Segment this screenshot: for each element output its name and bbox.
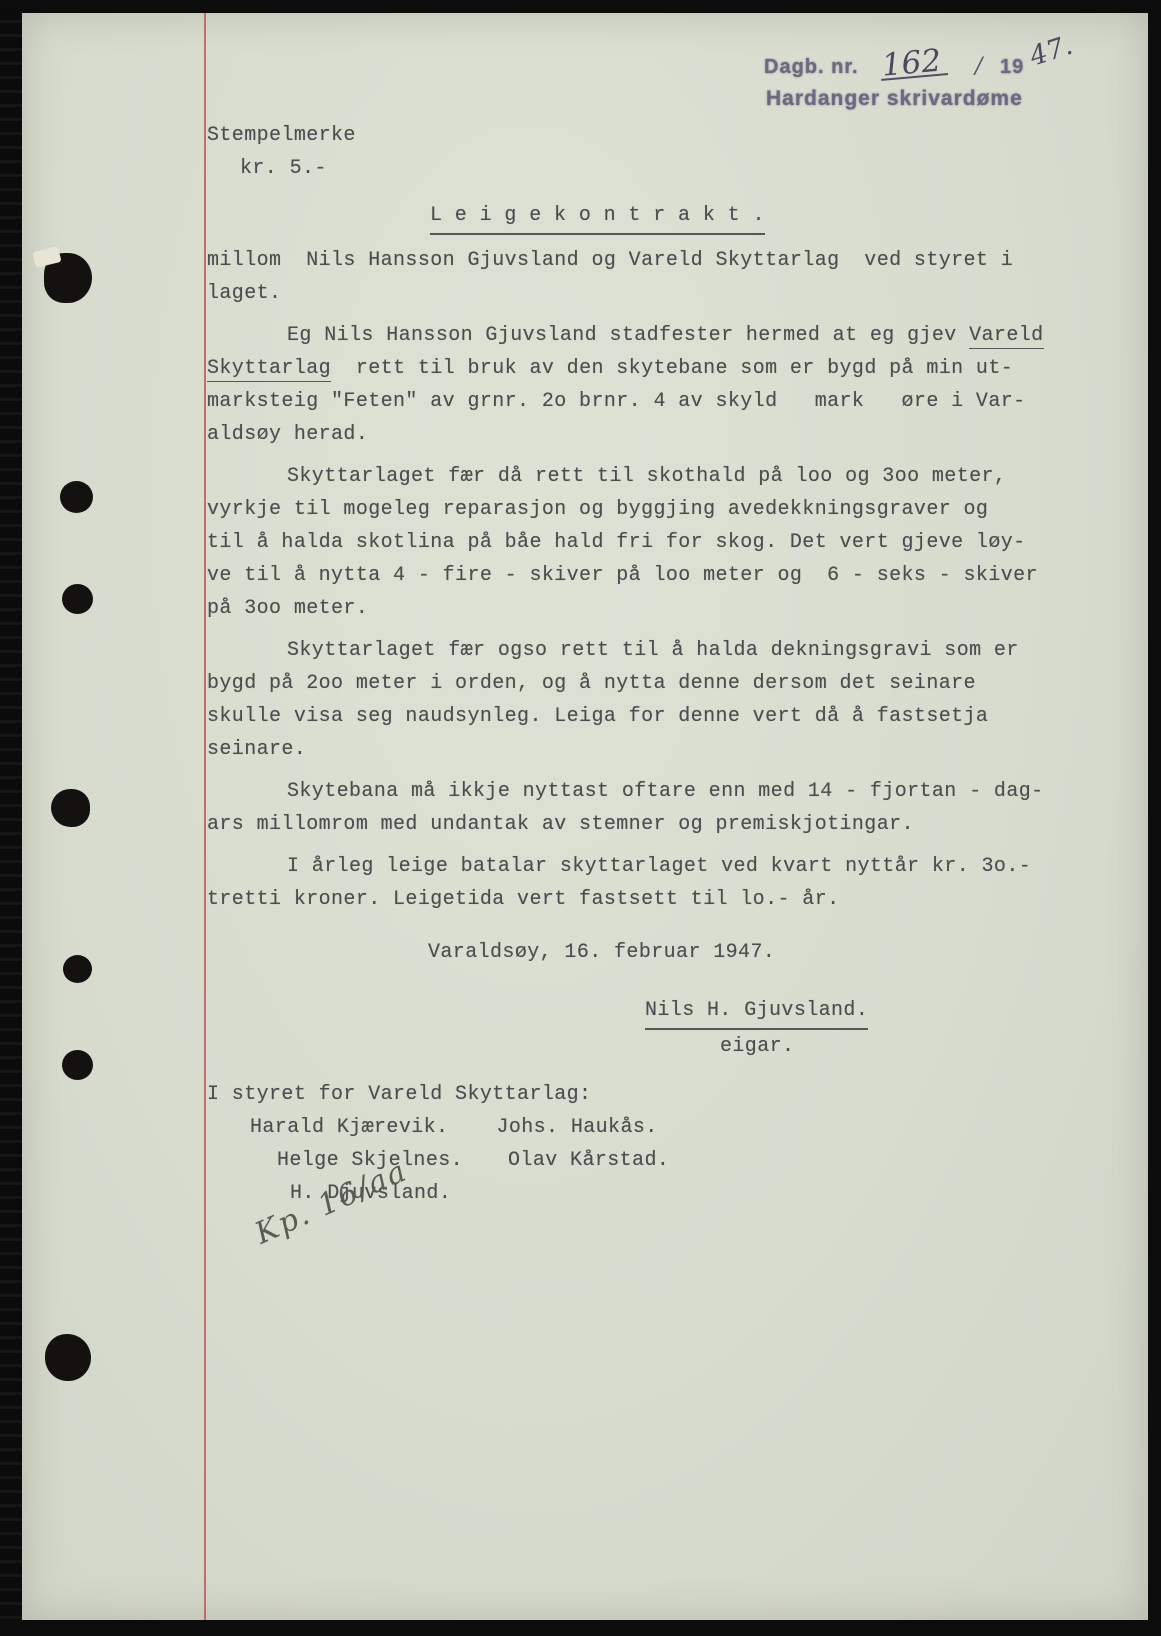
contract-line: laget. [207,277,1122,310]
contract-line: på 3oo meter. [207,592,1122,625]
text-segment: tretti kroner. Leigetida vert fastsett t… [207,888,840,911]
text-segment: til å halda skotlina på båe hald fri for… [207,531,1026,554]
scan-film-edge-left [0,0,22,1636]
contract-line: Skyttarlag rett til bruk av den skyteban… [207,352,1122,385]
punch-hole [62,1050,93,1080]
text-segment: laget. [207,282,281,305]
contract-line: marksteig "Feten" av grnr. 2o brnr. 4 av… [207,385,1122,418]
document-page: Dagb. nr. 162 / 19 47. Hardanger skrivar… [22,13,1148,1620]
contract-line: Skyttarlaget fær ogso rett til å halda d… [207,634,1122,667]
contract-line: millom Nils Hansson Gjuvsland og Vareld … [207,244,1122,277]
dagbok-year-stamp: 19 [1000,56,1024,78]
owner-signature-role: eigar. [720,1030,794,1063]
board-member-signature: Harald Kjærevik. [250,1116,448,1139]
text-segment: ars millomrom med undantak av stemner og… [207,813,914,836]
text-segment: skulle visa seg naudsynleg. Leiga for de… [207,705,988,728]
contract-line: I årleg leige batalar skyttarlaget ved k… [207,850,1122,883]
underlined-text: Vareld [969,324,1043,349]
underlined-text: Skyttarlag [207,357,331,382]
board-signature-row: Harald Kjærevik.Johs. Haukås. [207,1111,1122,1144]
text-segment: ve til å nytta 4 - fire - skiver på loo … [207,564,1038,587]
contract-line: vyrkje til mogeleg reparasjon og byggjin… [207,493,1122,526]
text-segment: seinare. [207,738,306,761]
scan-film-edge-top [0,0,1161,13]
contract-paragraphs: millom Nils Hansson Gjuvsland og Vareld … [207,244,1122,916]
contract-title: L e i g e k o n t r a k t . [430,199,765,235]
text-segment: Skyttarlaget fær ogso rett til å halda d… [287,639,1019,662]
contract-line: ve til å nytta 4 - fire - skiver på loo … [207,559,1122,592]
text-segment: marksteig "Feten" av grnr. 2o brnr. 4 av… [207,390,1026,413]
contract-line: bygd på 2oo meter i orden, og å nytta de… [207,667,1122,700]
text-segment: I årleg leige batalar skyttarlaget ved k… [287,855,1031,878]
text-segment: Eg Nils Hansson Gjuvsland stadfester her… [287,324,969,347]
punch-hole [44,253,92,303]
contract-line: skulle visa seg naudsynleg. Leiga for de… [207,700,1122,733]
contract-line: til å halda skotlina på båe hald fri for… [207,526,1122,559]
punch-hole [60,481,93,513]
board-signature-row: Helge Skjelnes.Olav Kårstad. [207,1144,1122,1177]
date-line: Varaldsøy, 16. februar 1947. [207,936,1122,969]
text-segment: rett til bruk av den skytebane som er by… [331,357,1013,380]
owner-signature: Nils H. Gjuvsland. [645,994,868,1030]
dagbok-separator: / [975,54,982,79]
typewritten-text: Stempelmerke kr. 5.- L e i g e k o n t r… [207,119,1122,1210]
punch-hole [45,1334,91,1381]
stamp-duty-amount: kr. 5.- [207,152,1122,185]
stamp-duty-label: Stempelmerke [207,119,1122,152]
registry-entry: Dagb. nr. 162 / 19 47. [764,49,1077,80]
punch-hole [63,955,92,983]
contract-line: aldsøy herad. [207,418,1122,451]
scan-film-edge-bottom [0,1620,1161,1636]
board-heading: I styret for Vareld Skyttarlag: [207,1078,1122,1111]
punch-hole [51,789,90,827]
text-segment: Skytebana må ikkje nyttast oftare enn me… [287,780,1044,803]
contract-line: tretti kroner. Leigetida vert fastsett t… [207,883,1122,916]
board-member-signature: Johs. Haukås. [496,1116,657,1139]
red-margin-line [204,13,206,1620]
dagbok-year-handwritten: 47. [1026,30,1076,73]
contract-line: Skyttarlaget fær då rett til skothald på… [207,460,1122,493]
text-segment: aldsøy herad. [207,423,368,446]
punch-hole [62,584,93,614]
text-segment: vyrkje til mogeleg reparasjon og byggjin… [207,498,988,521]
board-member-signature: Olav Kårstad. [508,1149,669,1172]
text-segment: Skyttarlaget fær då rett til skothald på… [287,465,1006,488]
dagbok-number-handwritten: 162 [879,47,948,81]
text-segment: bygd på 2oo meter i orden, og å nytta de… [207,672,976,695]
contract-line: Eg Nils Hansson Gjuvsland stadfester her… [207,319,1122,352]
contract-line: Skytebana må ikkje nyttast oftare enn me… [207,775,1122,808]
text-segment: millom Nils Hansson Gjuvsland og Vareld … [207,249,1013,272]
contract-line: seinare. [207,733,1122,766]
contract-line: ars millomrom med undantak av stemner og… [207,808,1122,841]
dagbok-label-stamp: Dagb. nr. [764,56,859,78]
office-stamp: Hardanger skrivardøme [766,87,1023,111]
text-segment: på 3oo meter. [207,597,368,620]
scan-film-edge-right [1148,0,1161,1636]
